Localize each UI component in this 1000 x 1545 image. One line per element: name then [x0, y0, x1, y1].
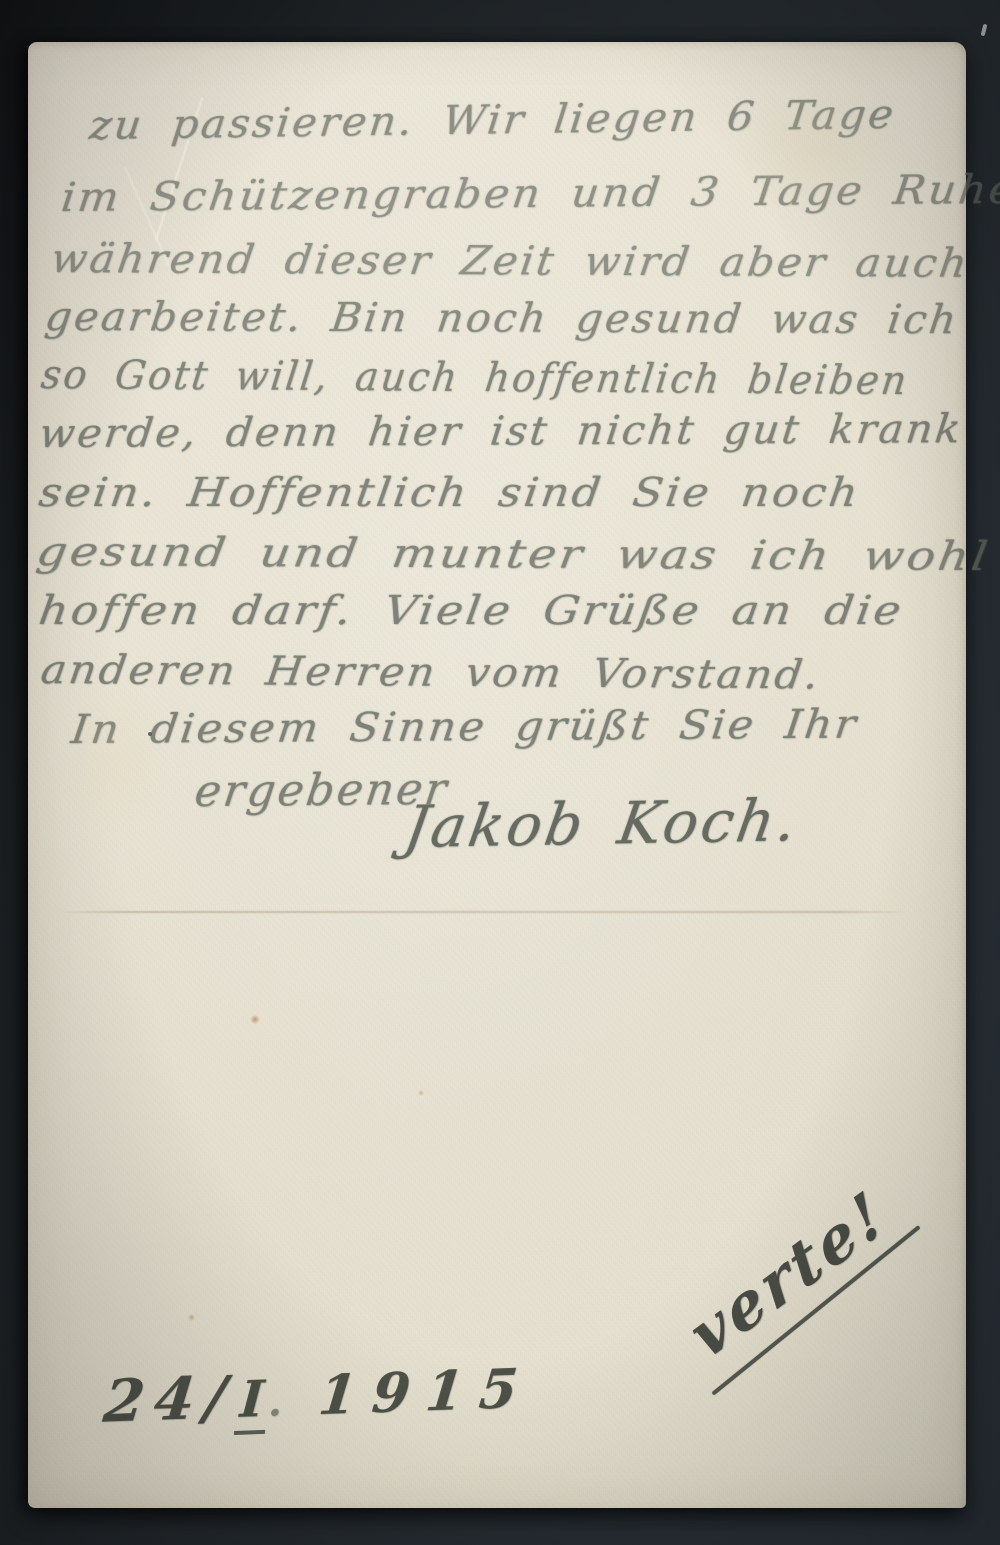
date-year: 1915 — [316, 1355, 537, 1427]
handwriting-line: gearbeitet. Bin noch gesund was ich — [43, 297, 961, 340]
handwriting-line: werde, denn hier ist nicht gut krank — [37, 409, 965, 454]
handwriting-line: anderen Herren vom Vorstand. — [39, 650, 824, 695]
paper-stain — [418, 1090, 424, 1096]
handwriting-line: hoffen darf. Viele Grüße an die — [36, 591, 906, 631]
date-annotation: 24/I.1915 — [103, 1353, 535, 1440]
turn-over-note-text: verte! — [679, 1175, 898, 1374]
handwriting-line: im Schützengraben und 3 Tage Ruhe — [59, 170, 1000, 218]
postcard-back: zu passieren. Wir liegen 6 Tage im Schüt… — [28, 42, 966, 1508]
date-day: 24/ — [100, 1363, 239, 1436]
paper-stain — [188, 1314, 195, 1321]
handwriting-line: In diesem Sinne grüßt Sie Ihr — [69, 705, 860, 751]
date-dot: . — [267, 1378, 283, 1425]
backdrop-speck — [981, 24, 988, 37]
handwriting-line: gesund und munter was ich wohl — [34, 532, 993, 577]
handwriting-line: während dieser Zeit wird aber auch — [49, 239, 972, 284]
handwriting-line: so Gott will, auch hoffentlich bleiben — [39, 355, 911, 401]
handwriting-line: zu passieren. Wir liegen 6 Tage — [87, 95, 897, 146]
paper-stain — [250, 1015, 260, 1024]
turn-over-note: verte! — [628, 1113, 982, 1458]
handwriting-line: sein. Hoffentlich sind Sie noch — [37, 473, 863, 513]
fold-crease-line — [60, 911, 908, 913]
signature: Jakob Koch. — [401, 791, 804, 856]
date-month-numeral: I — [234, 1369, 270, 1435]
photo-backdrop: zu passieren. Wir liegen 6 Tage im Schüt… — [0, 0, 1000, 1545]
